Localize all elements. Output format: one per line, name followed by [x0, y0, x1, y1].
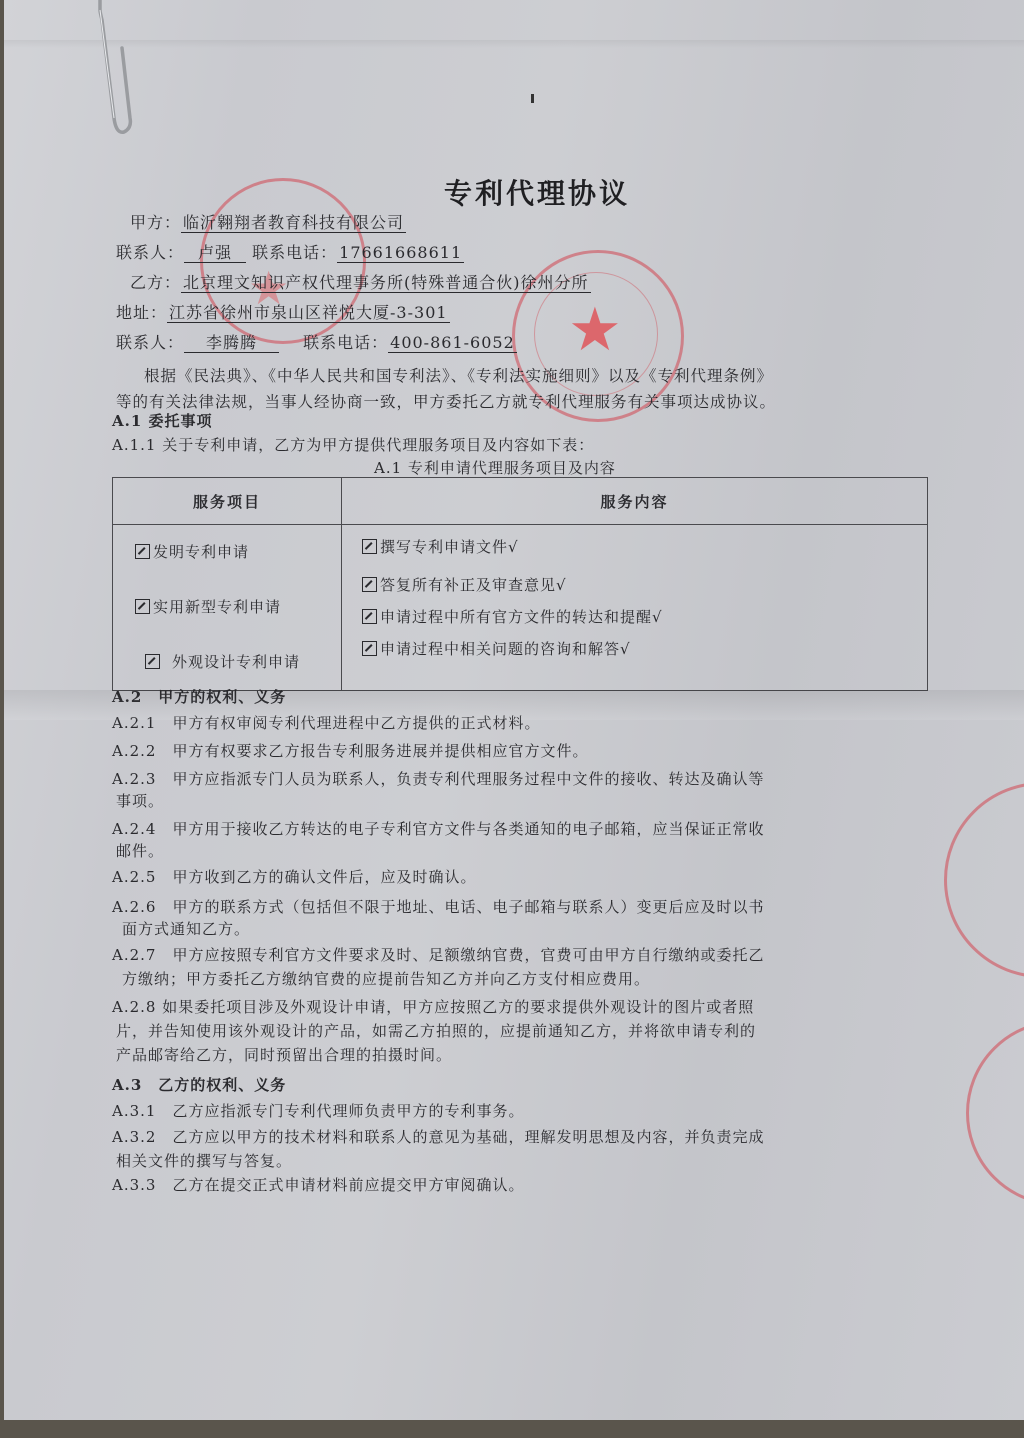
- table-header-content: 服务内容: [342, 478, 928, 525]
- section-a3-heading: A.3 乙方的权利、义务: [112, 1074, 286, 1095]
- party-b-label: 乙方：: [130, 273, 181, 292]
- document-title: 专利代理协议: [444, 172, 630, 212]
- clause-a2-8: A.2.8 如果委托项目涉及外观设计申请，甲方应按照乙方的要求提供外观设计的图片…: [112, 996, 754, 1017]
- service-content-item[interactable]: 申请过程中所有官方文件的转达和提醒√: [342, 601, 927, 633]
- clause-a2-6-cont: 面方式通知乙方。: [122, 918, 250, 939]
- clause-text: 乙方应指派专门专利代理师负责甲方的专利事务。: [172, 1102, 524, 1120]
- clause-a2-4: A.2.4 甲方用于接收乙方转达的电子专利官方文件与各类通知的电子邮箱，应当保证…: [112, 818, 765, 839]
- checkbox-checked-icon[interactable]: [135, 599, 150, 614]
- clause-number: A.2.8: [112, 998, 156, 1016]
- clause-text: 如果委托项目涉及外观设计申请，甲方应按照乙方的要求提供外观设计的图片或者照: [162, 998, 754, 1016]
- service-item[interactable]: 实用新型专利申请: [113, 580, 341, 635]
- clause-a1-1: A.1.1 关于专利申请，乙方为甲方提供代理服务项目及内容如下表：: [112, 434, 594, 455]
- clause-a3-1: A.3.1 乙方应指派专门专利代理师负责甲方的专利事务。: [112, 1100, 525, 1121]
- checkbox-checked-icon[interactable]: [145, 654, 160, 669]
- clause-a2-2: A.2.2 甲方有权要求乙方报告专利服务进展并提供相应官方文件。: [112, 740, 589, 761]
- checkbox-checked-icon[interactable]: [362, 539, 377, 554]
- party-a-contact: 卢强: [184, 243, 246, 263]
- service-content-label: 申请过程中相关问题的咨询和解答√: [380, 640, 631, 658]
- checkbox-checked-icon[interactable]: [135, 544, 150, 559]
- service-content-label: 撰写专利申请文件√: [380, 538, 519, 556]
- seal-star-icon: ★: [568, 300, 622, 360]
- section-a2-heading: A.2 甲方的权利、义务: [112, 686, 286, 707]
- clause-a2-8-cont: 片，并告知使用该外观设计的产品，如需乙方拍照的，应提前通知乙方，并将欲申请专利的: [116, 1020, 756, 1041]
- clause-a2-6: A.2.6 甲方的联系方式（包括但不限于地址、电话、电子邮箱与联系人）变更后应及…: [112, 896, 765, 917]
- clause-text: 甲方有权要求乙方报告专利服务进展并提供相应官方文件。: [172, 742, 588, 760]
- clause-a2-7: A.2.7 甲方应按照专利官方文件要求及时、足额缴纳官费，官费可由甲方自行缴纳或…: [112, 944, 765, 965]
- clause-number: A.3.2: [112, 1128, 156, 1146]
- clause-number: A.2.4: [112, 820, 156, 838]
- party-b-line: 乙方：北京理文知识产权代理事务所(特殊普通合伙)徐州分所: [130, 270, 591, 293]
- party-a-phone: 17661668611: [337, 243, 464, 263]
- clause-text: 甲方收到乙方的确认文件后，应及时确认。: [172, 868, 476, 886]
- clause-number: A.2.6: [112, 898, 156, 916]
- party-b-contact-line: 联系人：李腾腾 联系电话：400-861-6052: [116, 330, 517, 353]
- clause-number: A.2.3: [112, 770, 156, 788]
- checkbox-checked-icon[interactable]: [362, 577, 377, 592]
- clause-text: 乙方应以甲方的技术材料和联系人的意见为基础，理解发明思想及内容，并负责完成: [172, 1128, 764, 1146]
- service-content-label: 答复所有补正及审查意见√: [380, 576, 567, 594]
- service-content-cell: 撰写专利申请文件√ 答复所有补正及审查意见√ 申请过程中所有官方文件的转达和提醒…: [342, 525, 928, 691]
- party-a-phone-label: 联系电话：: [252, 243, 337, 262]
- party-a-contact-line: 联系人：卢强 联系电话：17661668611: [116, 240, 464, 263]
- clause-text: 甲方应按照专利官方文件要求及时、足额缴纳官费，官费可由甲方自行缴纳或委托乙: [172, 946, 764, 964]
- clause-text: 甲方用于接收乙方转达的电子专利官方文件与各类通知的电子邮箱，应当保证正常收: [172, 820, 764, 838]
- clause-a2-8-cont2: 产品邮寄给乙方，同时预留出合理的拍摄时间。: [116, 1044, 452, 1065]
- clause-number: A.3.3: [112, 1176, 156, 1194]
- paper-fold: [4, 40, 1024, 48]
- party-b-phone-label: 联系电话：: [303, 333, 388, 352]
- clause-text: 乙方在提交正式申请材料前应提交甲方审阅确认。: [172, 1176, 524, 1194]
- edge-seal-stamp: [966, 1020, 1024, 1206]
- clause-number: A.2.2: [112, 742, 156, 760]
- clause-a2-7-cont: 方缴纳；甲方委托乙方缴纳官费的应提前告知乙方并向乙方支付相应费用。: [122, 968, 650, 989]
- clause-a3-2: A.3.2 乙方应以甲方的技术材料和联系人的意见为基础，理解发明思想及内容，并负…: [112, 1126, 765, 1147]
- checkbox-checked-icon[interactable]: [362, 641, 377, 656]
- clause-a2-1: A.2.1 甲方有权审阅专利代理进程中乙方提供的正式材料。: [112, 712, 541, 733]
- party-a-label: 甲方：: [130, 213, 181, 232]
- preamble-line-2: 等的有关法律法规，当事人经协商一致，甲方委托乙方就专利代理服务有关事项达成协议。: [116, 390, 776, 412]
- party-b-contact: 李腾腾: [184, 333, 279, 353]
- edge-seal-stamp: [944, 782, 1024, 978]
- party-a-contact-label: 联系人：: [116, 243, 184, 262]
- clause-number: A.2.7: [112, 946, 156, 964]
- service-items-cell: 发明专利申请 实用新型专利申请 外观设计专利申请: [113, 525, 342, 691]
- party-a-line: 甲方：临沂翱翔者教育科技有限公司: [130, 210, 406, 233]
- service-content-item[interactable]: 答复所有补正及审查意见√: [342, 569, 927, 601]
- service-item[interactable]: 发明专利申请: [113, 525, 341, 580]
- clause-number: A.2.5: [112, 868, 156, 886]
- service-content-item[interactable]: 撰写专利申请文件√: [342, 529, 927, 565]
- party-a-name: 临沂翱翔者教育科技有限公司: [181, 213, 406, 233]
- service-content-item[interactable]: 申请过程中相关问题的咨询和解答√: [342, 633, 927, 665]
- party-b-name: 北京理文知识产权代理事务所(特殊普通合伙)徐州分所: [181, 273, 591, 293]
- clause-a2-3: A.2.3 甲方应指派专门人员为联系人，负责专利代理服务过程中文件的接收、转达及…: [112, 768, 765, 789]
- service-table: 服务项目 服务内容 发明专利申请 实用新型专利申请 外观设计专利申请 撰写专利申…: [112, 477, 928, 691]
- section-a1-heading: A.1 委托事项: [112, 410, 213, 431]
- clause-a2-3-cont: 事项。: [116, 790, 164, 811]
- clause-text: 甲方应指派专门人员为联系人，负责专利代理服务过程中文件的接收、转达及确认等: [172, 770, 764, 788]
- service-item[interactable]: 外观设计专利申请: [113, 635, 341, 690]
- service-content-label: 申请过程中所有官方文件的转达和提醒√: [380, 608, 663, 626]
- service-item-label: 外观设计专利申请: [172, 653, 300, 671]
- party-b-phone: 400-861-6052: [388, 333, 517, 353]
- service-item-label: 实用新型专利申请: [153, 598, 281, 616]
- clause-number: A.3.1: [112, 1102, 156, 1120]
- preamble-line-1: 根据《民法典》、《中华人民共和国专利法》、《专利法实施细则》以及《专利代理条例》: [144, 364, 773, 386]
- clause-a2-4-cont: 邮件。: [116, 840, 164, 861]
- party-b-address-label: 地址：: [116, 303, 167, 322]
- clause-a2-5: A.2.5 甲方收到乙方的确认文件后，应及时确认。: [112, 866, 477, 887]
- table-header-items: 服务项目: [113, 478, 342, 525]
- party-b-contact-label: 联系人：: [116, 333, 184, 352]
- service-item-label: 发明专利申请: [153, 543, 249, 561]
- clause-text: 甲方有权审阅专利代理进程中乙方提供的正式材料。: [172, 714, 540, 732]
- table-caption: A.1 专利申请代理服务项目及内容: [374, 457, 616, 478]
- party-b-address-line: 地址：江苏省徐州市泉山区祥悦大厦-3-301: [116, 300, 450, 323]
- party-b-address: 江苏省徐州市泉山区祥悦大厦-3-301: [167, 303, 450, 323]
- clause-number: A.2.1: [112, 714, 156, 732]
- checkbox-checked-icon[interactable]: [362, 609, 377, 624]
- paperclip-icon: [86, 0, 134, 140]
- punch-mark: [531, 94, 534, 103]
- clause-a3-2-cont: 相关文件的撰写与答复。: [116, 1150, 292, 1171]
- clause-text: 甲方的联系方式（包括但不限于地址、电话、电子邮箱与联系人）变更后应及时以书: [172, 898, 764, 916]
- contract-page: ★ ★ 专利代理协议 甲方：临沂翱翔者教育科技有限公司 联系人：卢强 联系电话：…: [4, 0, 1024, 1420]
- clause-a3-3: A.3.3 乙方在提交正式申请材料前应提交甲方审阅确认。: [112, 1174, 525, 1195]
